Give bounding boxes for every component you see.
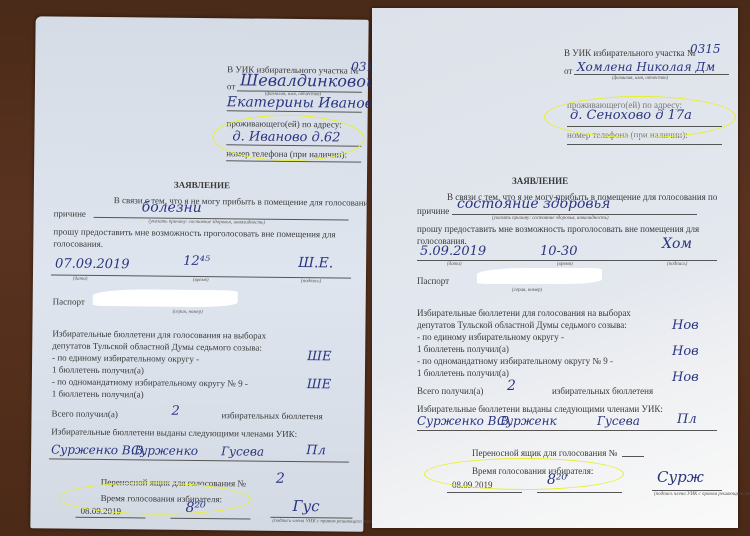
uik-label: В УИК избирательного участка №	[564, 48, 695, 58]
applicant-name-2: Екатерины Ивановны	[227, 94, 394, 112]
member1-signature: Сурженко	[131, 443, 198, 458]
right-application-form: В УИК избирательного участка № 0315 от Х…	[372, 8, 738, 528]
application-time: 12⁴⁵	[183, 254, 210, 269]
applicant-name: Хомлена Николая Дм	[577, 60, 715, 74]
reason-value: состояние здоровья	[457, 196, 610, 212]
member2-signature: Пл	[306, 443, 326, 458]
applicant-signature: Хом	[662, 236, 692, 252]
uik-number: 0315	[690, 42, 721, 56]
member-signature: Сурж	[657, 468, 704, 486]
member2-name: Гусева	[597, 414, 640, 428]
ballot-signature-1: Нов	[672, 318, 699, 333]
applicant-signature: Ш.Е.	[298, 255, 333, 271]
form-title: ЗАЯВЛЕНИЕ	[512, 176, 568, 186]
ballot-signature-1: ШЕ	[307, 349, 331, 364]
passport-redacted	[477, 268, 602, 284]
ballot-signature-2: Нов	[672, 344, 699, 359]
passport-redacted	[93, 289, 238, 308]
member-signature: Гус	[292, 497, 319, 515]
form-title: ЗАЯВЛЕНИЕ	[174, 180, 230, 191]
from-label: от	[227, 81, 235, 91]
application-time: 10-30	[540, 244, 577, 259]
total-signature: Нов	[672, 370, 699, 385]
highlight-address	[544, 96, 736, 138]
application-date: 07.09.2019	[55, 256, 130, 272]
highlight-vote-time	[424, 458, 624, 490]
member1-signature: Сурженк	[497, 414, 557, 428]
left-application-form: В УИК избирательного участка № 0315 от Ш…	[30, 16, 368, 531]
total-ballots: 2	[507, 378, 516, 394]
application-date: 5.09.2019	[420, 244, 486, 259]
ballot-signature-2: ШЕ	[307, 377, 331, 392]
member2-signature: Пл	[677, 412, 697, 427]
total-ballots: 2	[171, 404, 179, 419]
applicant-name-1: Шевалдинковой	[240, 70, 376, 90]
reason-value: болезни	[142, 199, 202, 216]
member2-name: Гусева	[221, 444, 264, 458]
box-number: 2	[276, 471, 285, 487]
